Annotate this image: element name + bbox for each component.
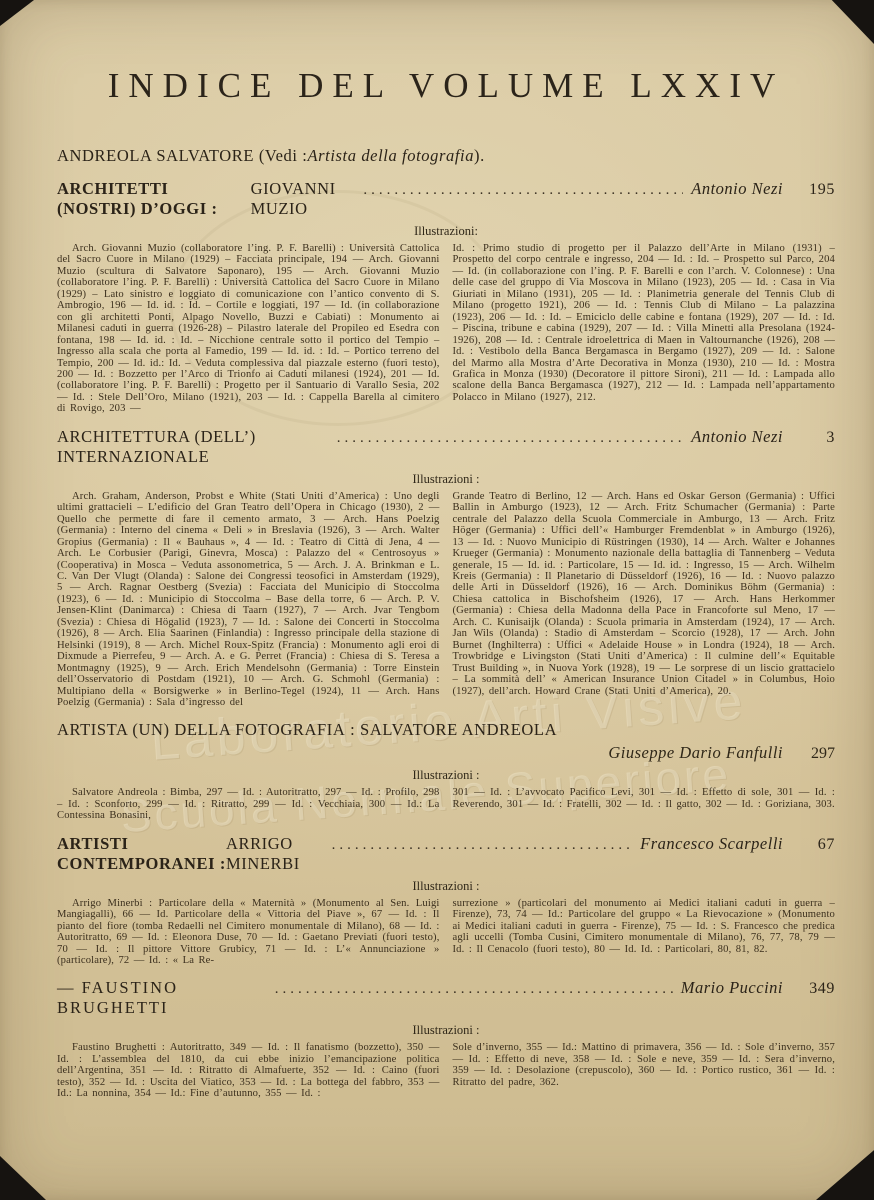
illustrations-list: Faustino Brughetti : Autoritratto, 349 —… [57, 1042, 835, 1099]
page-number: 67 [799, 836, 835, 854]
illustrations-column-right: surrezione » (particolari del monumento … [453, 898, 836, 967]
entry-heading: ARTISTI CONTEMPORANEI : ARRIGO MINERBI .… [57, 834, 835, 874]
author-name: Antonio Nezi [691, 427, 783, 447]
page-number: 195 [799, 181, 835, 199]
illustrations-label: Illustrazioni: [57, 224, 835, 239]
page-number: 349 [799, 980, 835, 998]
entry-heading: — FAUSTINO BRUGHETTI ...................… [57, 978, 835, 1018]
illustrations-label: Illustrazioni : [57, 879, 835, 894]
page-number: 297 [799, 745, 835, 763]
see-ref-suffix: ). [474, 146, 485, 166]
see-ref-target: Artista della fotografia [307, 146, 474, 166]
scan-corner-mark-top-left [0, 0, 34, 26]
author-name: Antonio Nezi [691, 179, 783, 199]
dot-leader: ........................................… [337, 430, 684, 447]
entry-heading: ARCHITETTURA (DELL’) INTERNAZIONALE ....… [57, 427, 835, 467]
entry-label-strong: ARTISTI CONTEMPORANEI : [57, 834, 226, 874]
index-entry-architettura-internazionale: ARCHITETTURA (DELL’) INTERNAZIONALE ....… [57, 427, 835, 709]
entry-label: ARTISTA (UN) DELLA FOTOGRAFIA : SALVATOR… [57, 720, 557, 740]
illustrations-column-right: Grande Teatro di Berlino, 12 — Arch. Han… [453, 491, 836, 709]
illustrations-column-right: Sole d’inverno, 355 — Id.: Mattino di pr… [453, 1042, 836, 1099]
illustrations-label: Illustrazioni : [57, 1023, 835, 1038]
illustrations-column-left: Arch. Graham, Anderson, Probst e White (… [57, 491, 440, 709]
entry-label: ARRIGO MINERBI [226, 834, 322, 874]
illustrations-list: Salvatore Andreola : Bimba, 297 — Id. : … [57, 787, 835, 821]
entry-heading: ARCHITETTI (NOSTRI) D’OGGI : GIOVANNI MU… [57, 179, 835, 219]
index-entry-artista-fotografia: ARTISTA (UN) DELLA FOTOGRAFIA : SALVATOR… [57, 720, 835, 821]
illustrations-column-right: 301 — Id. : L’avvocato Pacifico Levi, 30… [453, 787, 836, 821]
entry-author-line: Giuseppe Dario Fanfulli 297 [57, 743, 835, 763]
author-name: Giuseppe Dario Fanfulli [608, 743, 783, 763]
illustrations-column-left: Faustino Brughetti : Autoritratto, 349 —… [57, 1042, 440, 1099]
index-entry-architetti-doggi: ARCHITETTI (NOSTRI) D’OGGI : GIOVANNI MU… [57, 179, 835, 415]
dot-leader: ........................................… [275, 981, 673, 998]
page-number: 3 [799, 429, 835, 447]
scan-corner-mark-bottom-right [816, 1148, 874, 1200]
see-ref-prefix: (Vedi : [259, 146, 308, 166]
illustrations-column-left: Arch. Giovanni Muzio (collaboratore l’in… [57, 243, 440, 415]
index-entry-andreola-see-ref: ANDREOLA SALVATORE (Vedi : Artista della… [57, 146, 835, 166]
entry-label: GIOVANNI MUZIO [251, 179, 354, 219]
illustrations-list: Arch. Giovanni Muzio (collaboratore l’in… [57, 243, 835, 415]
illustrations-list: Arch. Graham, Anderson, Probst e White (… [57, 491, 835, 709]
illustrations-column-left: Salvatore Andreola : Bimba, 297 — Id. : … [57, 787, 440, 821]
scan-corner-mark-bottom-left [0, 1156, 46, 1200]
entry-name: ANDREOLA SALVATORE [57, 146, 254, 166]
dot-leader: ........................................… [332, 837, 633, 854]
index-entry-faustino-brughetti: — FAUSTINO BRUGHETTI ...................… [57, 978, 835, 1099]
illustrations-column-left: Arrigo Minerbi : Particolare della « Mat… [57, 898, 440, 967]
entry-heading: ARTISTA (UN) DELLA FOTOGRAFIA : SALVATOR… [57, 720, 835, 740]
illustrations-column-right: Id. : Primo studio di progetto per il Pa… [453, 243, 836, 415]
illustrations-list: Arrigo Minerbi : Particolare della « Mat… [57, 898, 835, 967]
illustrations-label: Illustrazioni : [57, 768, 835, 783]
author-name: Francesco Scarpelli [640, 834, 783, 854]
entry-label: — FAUSTINO BRUGHETTI [57, 978, 265, 1018]
illustrations-label: Illustrazioni : [57, 472, 835, 487]
dot-leader: ........................................… [363, 182, 683, 199]
author-name: Mario Puccini [681, 978, 783, 998]
index-entry-artisti-contemporanei: ARTISTI CONTEMPORANEI : ARRIGO MINERBI .… [57, 834, 835, 967]
index-page: INDICE DEL VOLUME LXXIV ANDREOLA SALVATO… [57, 0, 835, 1100]
page-title: INDICE DEL VOLUME LXXIV [57, 66, 835, 106]
entry-label-strong: ARCHITETTI (NOSTRI) D’OGGI : [57, 179, 251, 219]
entry-label: ARCHITETTURA (DELL’) INTERNAZIONALE [57, 427, 327, 467]
